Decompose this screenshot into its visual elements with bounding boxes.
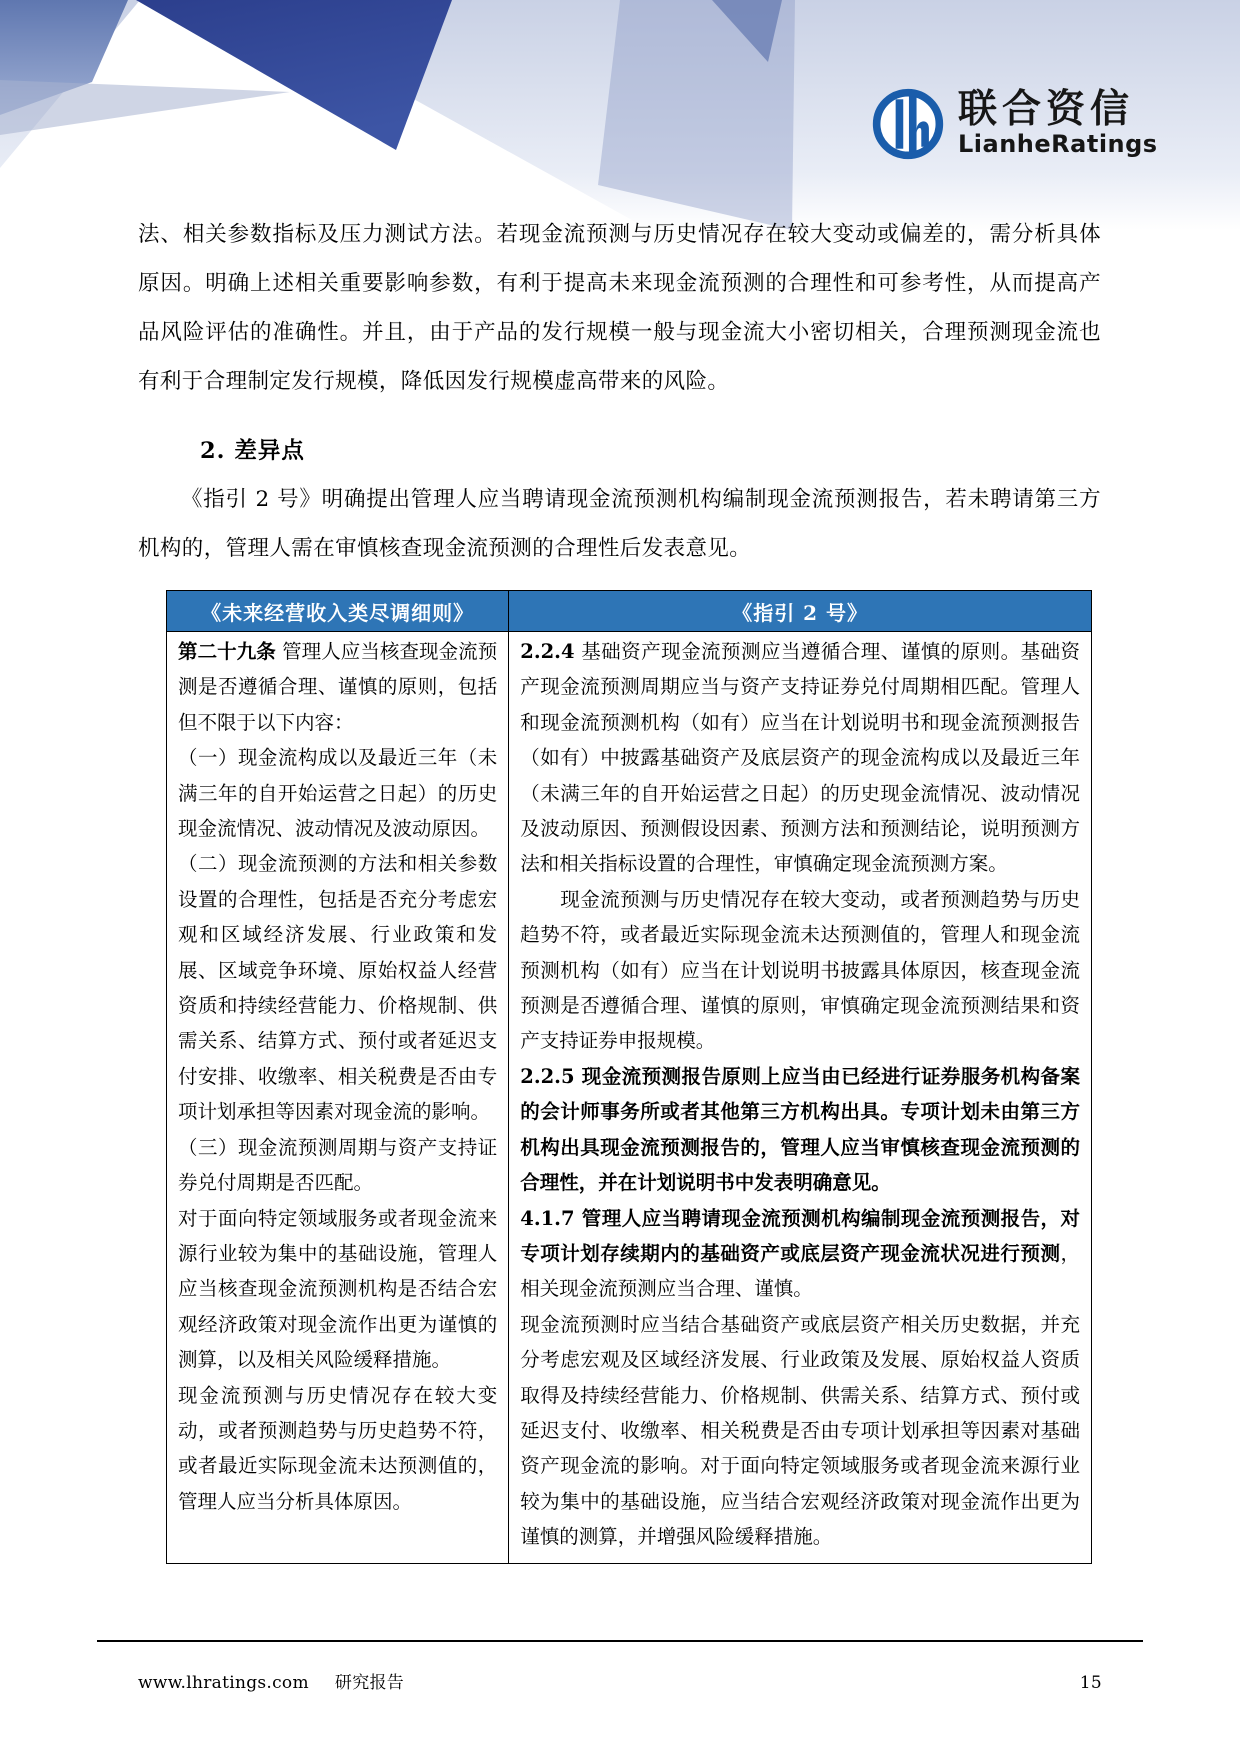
- body-paragraph-1: 法、相关参数指标及压力测试方法。若现金流预测与历史情况存在较大变动或偏差的，需分…: [138, 210, 1101, 406]
- table-paragraph: 现金流预测与历史情况存在较大变动，或者预测趋势与历史趋势不符，或者最近实际现金流…: [520, 882, 1080, 1059]
- table-paragraph: （二）现金流预测的方法和相关参数设置的合理性，包括是否充分考虑宏观和区域经济发展…: [178, 846, 497, 1129]
- footer-divider: [97, 1640, 1143, 1642]
- footer: www.lhratings.com研究报告 15: [138, 1668, 1102, 1693]
- table-header-left: 《未来经营收入类尽调细则》: [167, 591, 509, 632]
- section-heading: 2. 差异点: [138, 433, 1101, 465]
- footer-left: www.lhratings.com研究报告: [138, 1668, 412, 1693]
- table-paragraph: 2.2.5 现金流预测报告原则上应当由已经进行证券服务机构备案的会计师事务所或者…: [520, 1059, 1080, 1201]
- document-page: 联合资信 LianheRatings 法、相关参数指标及压力测试方法。若现金流预…: [0, 0, 1240, 1754]
- footer-report-label: 研究报告: [335, 1673, 404, 1693]
- lianhe-logo-icon: [870, 86, 946, 162]
- table-row: 第二十九条 管理人应当核查现金流预测是否遵循合理、谨慎的原则，包括但不限于以下内…: [167, 632, 1092, 1564]
- table-paragraph: 第二十九条 管理人应当核查现金流预测是否遵循合理、谨慎的原则，包括但不限于以下内…: [178, 634, 497, 740]
- table-paragraph: 现金流预测与历史情况存在较大变动，或者预测趋势与历史趋势不符，或者最近实际现金流…: [178, 1378, 497, 1520]
- page-content: 法、相关参数指标及压力测试方法。若现金流预测与历史情况存在较大变动或偏差的，需分…: [138, 210, 1101, 1564]
- logo-chinese-name: 联合资信: [958, 90, 1158, 131]
- table-paragraph: （三）现金流预测周期与资产支持证券兑付周期是否匹配。: [178, 1130, 497, 1201]
- table-paragraph: 2.2.4 基础资产现金流预测应当遵循合理、谨慎的原则。基础资产现金流预测周期应…: [520, 634, 1080, 882]
- table-cell-left: 第二十九条 管理人应当核查现金流预测是否遵循合理、谨慎的原则，包括但不限于以下内…: [167, 632, 509, 1564]
- table-cell-right: 2.2.4 基础资产现金流预测应当遵循合理、谨慎的原则。基础资产现金流预测周期应…: [509, 632, 1092, 1564]
- table-paragraph: 对于面向特定领域服务或者现金流来源行业较为集中的基础设施，管理人应当核查现金流预…: [178, 1201, 497, 1378]
- comparison-table: 《未来经营收入类尽调细则》 《指引 2 号》 第二十九条 管理人应当核查现金流预…: [166, 590, 1092, 1564]
- table-paragraph: （一）现金流构成以及最近三年（未满三年的自开始运营之日起）的历史现金流情况、波动…: [178, 740, 497, 846]
- logo-english-name: LianheRatings: [958, 131, 1158, 157]
- page-number: 15: [1080, 1673, 1102, 1693]
- lianhe-ratings-logo: 联合资信 LianheRatings: [870, 86, 1158, 162]
- body-paragraph-2: 《指引 2 号》明确提出管理人应当聘请现金流预测机构编制现金流预测报告，若未聘请…: [138, 475, 1101, 573]
- table-header-right: 《指引 2 号》: [509, 591, 1092, 632]
- table-header-row: 《未来经营收入类尽调细则》 《指引 2 号》: [167, 591, 1092, 632]
- table-paragraph: 4.1.7 管理人应当聘请现金流预测机构编制现金流预测报告，对专项计划存续期内的…: [520, 1201, 1080, 1307]
- footer-website: www.lhratings.com: [138, 1673, 309, 1693]
- table-paragraph: 现金流预测时应当结合基础资产或底层资产相关历史数据，并充分考虑宏观及区域经济发展…: [520, 1307, 1080, 1555]
